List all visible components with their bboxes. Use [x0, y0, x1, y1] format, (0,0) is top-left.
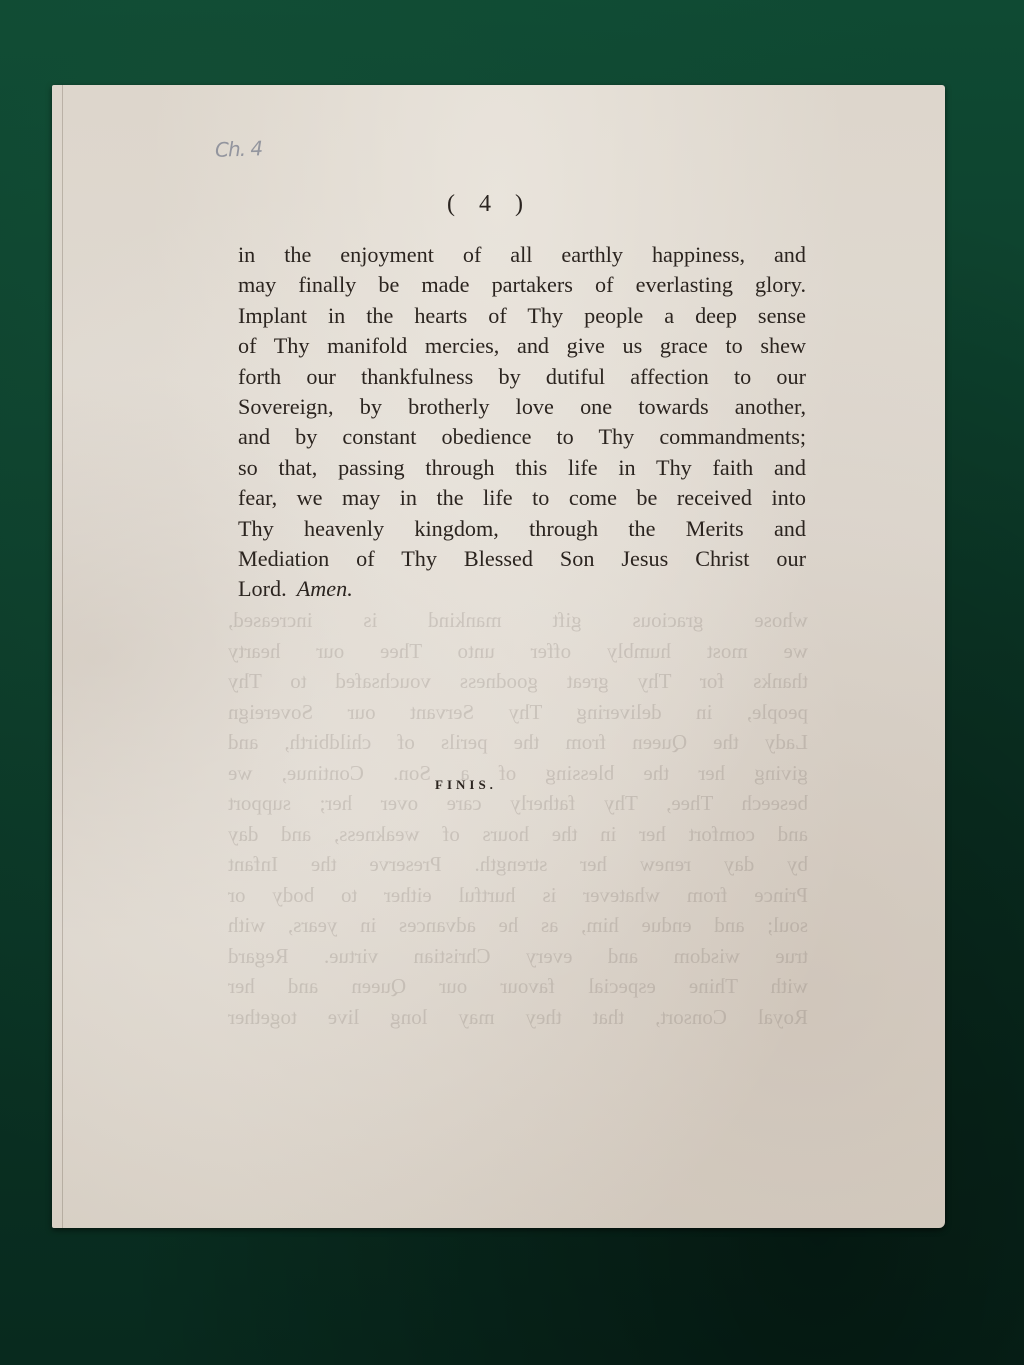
bleed-line: Lady the Queen from the perils of childb… [228, 727, 808, 758]
bleed-line: with Thine especial favour our Queen and… [228, 971, 808, 1002]
bleed-line: soul; and endue him, as he advances in y… [228, 910, 808, 941]
bleed-through-text: whose gracious gift mankind is increased… [228, 605, 808, 1032]
bleed-line: Royal Consort, that they may long live t… [228, 1002, 808, 1033]
body-text: in the enjoyment of all earthly happines… [238, 240, 806, 605]
text-line: Sovereign, by brotherly love one towards… [238, 392, 806, 422]
final-text-line: Lord.Amen. [238, 574, 806, 604]
bleed-line: whose gracious gift mankind is increased… [228, 605, 808, 636]
bleed-line: thanks for Thy great goodness vouchsafed… [228, 666, 808, 697]
bleed-line: giving her the blessing of a Son. Contin… [228, 758, 808, 789]
text-line: in the enjoyment of all earthly happines… [238, 240, 806, 270]
document-page: whose gracious gift mankind is increased… [52, 85, 945, 1228]
amen-italic: Amen. [297, 576, 353, 601]
text-line: Implant in the hearts of Thy people a de… [238, 301, 806, 331]
bleed-line: we most humbly offer unto Thee our heart… [228, 636, 808, 667]
text-line: forth our thankfulness by dutiful affect… [238, 362, 806, 392]
bleed-line: beseech Thee, Thy fatherly care over her… [228, 788, 808, 819]
bleed-line: Prince from whatever is hurtful either t… [228, 880, 808, 911]
final-word: Lord. [238, 576, 287, 601]
bleed-line: people, in delivering Thy Servant our So… [228, 697, 808, 728]
text-line: and by constant obedience to Thy command… [238, 422, 806, 452]
text-line: fear, we may in the life to come be rece… [238, 483, 806, 513]
handwritten-pencil-note: Ch. 4 [215, 136, 263, 162]
text-line: of Thy manifold mercies, and give us gra… [238, 331, 806, 361]
page-number: ( 4 ) [447, 191, 527, 218]
text-line: Thy heavenly kingdom, through the Merits… [238, 514, 806, 544]
text-line: so that, passing through this life in Th… [238, 453, 806, 483]
bleed-line: and comfort her in the hours of weakness… [228, 819, 808, 850]
text-line: may finally be made partakers of everlas… [238, 270, 806, 300]
finis-label: FINIS. [435, 777, 497, 793]
bleed-line: by day renew her strength. Preserve the … [228, 849, 808, 880]
text-line: Mediation of Thy Blessed Son Jesus Chris… [238, 544, 806, 574]
bleed-line: true wisdom and every Christian virtue. … [228, 941, 808, 972]
